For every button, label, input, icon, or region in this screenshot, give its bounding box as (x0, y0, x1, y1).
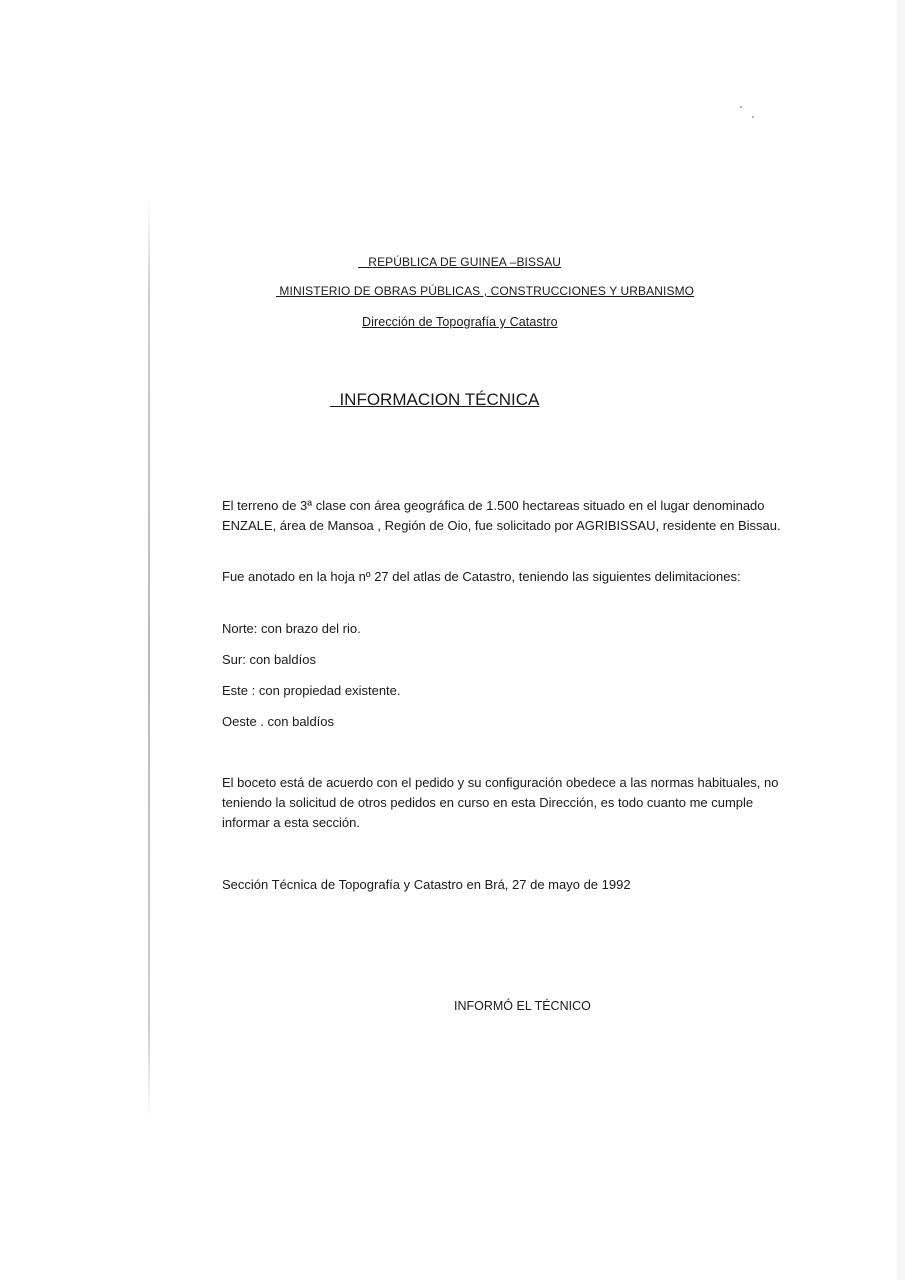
signature-line: INFORMÓ EL TÉCNICO (454, 999, 591, 1013)
boundary-south: Sur: con baldíos (222, 650, 782, 670)
paragraph-atlas: Fue anotado en la hoja nº 27 del atlas d… (222, 567, 782, 587)
place-date: Sección Técnica de Topografía y Catastro… (222, 875, 782, 895)
boundary-east: Este : con propiedad existente. (222, 681, 782, 701)
boundary-west: Oeste . con baldíos (222, 712, 782, 732)
scan-speck (752, 116, 754, 118)
header-republic: REPÚBLICA DE GUINEA –BISSAU (358, 255, 561, 269)
paragraph-terrain: El terreno de 3ª clase con área geográfi… (222, 496, 782, 536)
document-title: INFORMACION TÉCNICA (330, 390, 539, 410)
paragraph-conclusion: El boceto está de acuerdo con el pedido … (222, 773, 782, 833)
scan-right-edge (897, 0, 905, 1280)
boundary-north: Norte: con brazo del rio. (222, 619, 782, 639)
header-ministry: MINISTERIO DE OBRAS PÚBLICAS , CONSTRUCC… (276, 284, 694, 298)
scan-left-edge (148, 200, 150, 1120)
scan-speck (740, 106, 742, 108)
header-directorate: Dirección de Topografía y Catastro (362, 315, 558, 329)
